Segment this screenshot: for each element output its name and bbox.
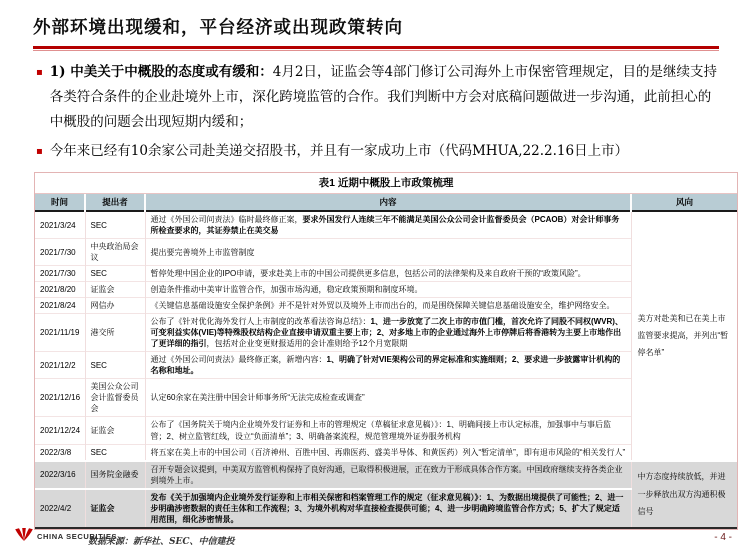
date-cell: 2022/3/16 bbox=[35, 461, 85, 489]
table-header-row: 时间 提出者 内容 风向 bbox=[35, 194, 737, 211]
bullet-icon: ▪ bbox=[36, 139, 43, 164]
content-segment: 《关键信息基础设施安全保护条例》并不是针对外贸以及境外上市而出台的，而是围绕保障… bbox=[151, 301, 615, 310]
date-cell: 2021/7/30 bbox=[35, 266, 85, 282]
proposer-cell: 证监会 bbox=[85, 282, 145, 298]
slide: 外部环境出现缓和，平台经济或出现政策转向 ▪ 1) 中美关于中概股的态度或有缓和… bbox=[0, 0, 750, 552]
content-segment: 创造条件推动中美审计监管合作，加强市场沟通，稳定政策预期和制度环境。 bbox=[151, 285, 423, 294]
page-title: 外部环境出现缓和，平台经济或出现政策转向 bbox=[33, 14, 719, 39]
col-header-date: 时间 bbox=[35, 194, 85, 211]
content-segment: 发布《关于加强境内企业境外发行证券和上市相关保密和档案管理工作的规定（征求意见稿… bbox=[151, 493, 624, 524]
col-header-content: 内容 bbox=[145, 194, 631, 211]
bullet-paragraph: 1) 中美关于中概股的态度或有缓和：4月2日，证监会等4部门修订公司海外上市保密… bbox=[50, 60, 722, 135]
content-segment: 通过《外国公司问责法》临时最终修正案， bbox=[151, 215, 303, 224]
data-source: 数据来源：新华社、SEC、中信建投 bbox=[88, 534, 235, 547]
date-cell: 2021/8/24 bbox=[35, 298, 85, 314]
content-cell: 通过《外国公司问责法》临时最终修正案，要求外国发行人连续三年不能满足美国公众公司… bbox=[145, 211, 631, 239]
proposer-cell: 美国公众公司会计监督委员会 bbox=[85, 379, 145, 417]
date-cell: 2022/3/8 bbox=[35, 444, 85, 461]
bullet-paragraph: 今年来已经有10余家公司赴美递交招股书，并且有一家成功上市（代码MHUA,22.… bbox=[50, 139, 628, 164]
proposer-cell: 国务院金融委 bbox=[85, 461, 145, 489]
china-securities-logo-icon bbox=[14, 528, 34, 547]
date-cell: 2021/3/24 bbox=[35, 211, 85, 239]
content-cell: 公布了《针对优化海外发行人上市制度的改革看法咨询总结》：1、进一步放宽了二次上市… bbox=[145, 314, 631, 352]
table-title: 表1 近期中概股上市政策梳理 bbox=[35, 173, 737, 194]
content-segment: 提出要完善境外上市监管制度 bbox=[151, 248, 255, 257]
proposer-cell: SEC bbox=[85, 211, 145, 239]
date-cell: 2021/12/24 bbox=[35, 417, 85, 444]
content-cell: 公布了《国务院关于境内企业境外发行证券和上市的管理规定（草稿征求意见稿）》：1、… bbox=[145, 417, 631, 444]
proposer-cell: 证监会 bbox=[85, 417, 145, 444]
content-cell: 认定60余家在美注册中国会计师事务所“无法完成检查或调查” bbox=[145, 379, 631, 417]
bullet-list: ▪ 1) 中美关于中概股的态度或有缓和：4月2日，证监会等4部门修订公司海外上市… bbox=[36, 60, 722, 168]
content-cell: 将五家在美上市的中国公司（百济神州、百胜中国、再鼎医药、盛美半导体、和黄医药）列… bbox=[145, 444, 631, 461]
col-header-risk: 风向 bbox=[631, 194, 737, 211]
proposer-cell: 港交所 bbox=[85, 314, 145, 352]
bullet-text: 今年来已经有10余家公司赴美递交招股书，并且有一家成功上市（代码MHUA,22.… bbox=[50, 143, 628, 159]
policy-table-body: 2021/3/24SEC通过《外国公司问责法》临时最终修正案，要求外国发行人连续… bbox=[35, 211, 737, 528]
proposer-cell: SEC bbox=[85, 352, 145, 379]
page-header: 外部环境出现缓和，平台经济或出现政策转向 bbox=[33, 14, 719, 51]
page-footer: CHINA SECURITIES 数据来源：新华社、SEC、中信建投 - 4 - bbox=[0, 526, 750, 552]
content-segment: 认定60余家在美注册中国会计师事务所“无法完成检查或调查” bbox=[151, 393, 365, 402]
table-row: 2021/3/24SEC通过《外国公司问责法》临时最终修正案，要求外国发行人连续… bbox=[35, 211, 737, 239]
date-cell: 2021/11/19 bbox=[35, 314, 85, 352]
risk-cell: 中方态度持续放低，并进一步释放出双方沟通积极信号 bbox=[631, 461, 737, 528]
bullet-item-2: ▪ 今年来已经有10余家公司赴美递交招股书，并且有一家成功上市（代码MHUA,2… bbox=[36, 139, 722, 164]
title-rule-thick bbox=[33, 46, 719, 49]
content-cell: 创造条件推动中美审计监管合作，加强市场沟通，稳定政策预期和制度环境。 bbox=[145, 282, 631, 298]
date-cell: 2021/12/2 bbox=[35, 352, 85, 379]
table-row: 2022/3/16国务院金融委召开专题会议提到，中美双方监管机构保持了良好沟通，… bbox=[35, 461, 737, 489]
bullet-item-1: ▪ 1) 中美关于中概股的态度或有缓和：4月2日，证监会等4部门修订公司海外上市… bbox=[36, 60, 722, 135]
content-cell: 《关键信息基础设施安全保护条例》并不是针对外贸以及境外上市而出台的，而是围绕保障… bbox=[145, 298, 631, 314]
title-rule-thin bbox=[33, 50, 719, 51]
content-segment: 公布了《针对优化海外发行人上市制度的改革看法咨询总结》： bbox=[151, 317, 371, 326]
risk-cell: 美方对赴美和已在美上市监管要求提高，并列出“暂停名单” bbox=[631, 211, 737, 461]
content-segment: 暂停处理中国企业的IPO申请，要求赴美上市的中国公司提供更多信息，包括公司的法律… bbox=[151, 269, 586, 278]
proposer-cell: 网信办 bbox=[85, 298, 145, 314]
page-number: - 4 - bbox=[714, 532, 732, 543]
date-cell: 2021/8/20 bbox=[35, 282, 85, 298]
content-cell: 提出要完善境外上市监管制度 bbox=[145, 239, 631, 266]
date-cell: 2021/7/30 bbox=[35, 239, 85, 266]
content-segment: 召开专题会议提到，中美双方监管机构保持了良好沟通，已取得积极进展，正在致力于形成… bbox=[151, 465, 623, 485]
content-segment: ，包括对企业变更财报适用的会计准则给予12个月宽限期 bbox=[207, 339, 408, 348]
content-segment: 公布了《国务院关于境内企业境外发行证券和上市的管理规定（草稿征求意见稿）》：1、… bbox=[151, 420, 611, 440]
content-segment: 通过《外国公司问责法》最终修正案，新增内容： bbox=[151, 355, 327, 364]
content-segment: 将五家在美上市的中国公司（百济神州、百胜中国、再鼎医药、盛美半导体、和黄医药）列… bbox=[151, 448, 626, 457]
proposer-cell: 证监会 bbox=[85, 489, 145, 528]
policy-table-grid: 时间 提出者 内容 风向 2021/3/24SEC通过《外国公司问责法》临时最终… bbox=[35, 194, 737, 529]
content-cell: 暂停处理中国企业的IPO申请，要求赴美上市的中国公司提供更多信息，包括公司的法律… bbox=[145, 266, 631, 282]
content-cell: 召开专题会议提到，中美双方监管机构保持了良好沟通，已取得积极进展，正在致力于形成… bbox=[145, 461, 631, 489]
bullet-icon: ▪ bbox=[36, 60, 43, 135]
proposer-cell: 中央政治局会议 bbox=[85, 239, 145, 266]
date-cell: 2022/4/2 bbox=[35, 489, 85, 528]
proposer-cell: SEC bbox=[85, 444, 145, 461]
content-cell: 发布《关于加强境内企业境外发行证券和上市相关保密和档案管理工作的规定（征求意见稿… bbox=[145, 489, 631, 528]
col-header-proposer: 提出者 bbox=[85, 194, 145, 211]
content-cell: 通过《外国公司问责法》最终修正案，新增内容：1、明确了针对VIE架构公司的界定标… bbox=[145, 352, 631, 379]
policy-table: 表1 近期中概股上市政策梳理 时间 提出者 内容 风向 2021/3/24SEC… bbox=[34, 172, 738, 530]
date-cell: 2021/12/16 bbox=[35, 379, 85, 417]
proposer-cell: SEC bbox=[85, 266, 145, 282]
bullet-lead: 1) 中美关于中概股的态度或有缓和： bbox=[50, 64, 273, 80]
title-underline bbox=[33, 46, 719, 51]
